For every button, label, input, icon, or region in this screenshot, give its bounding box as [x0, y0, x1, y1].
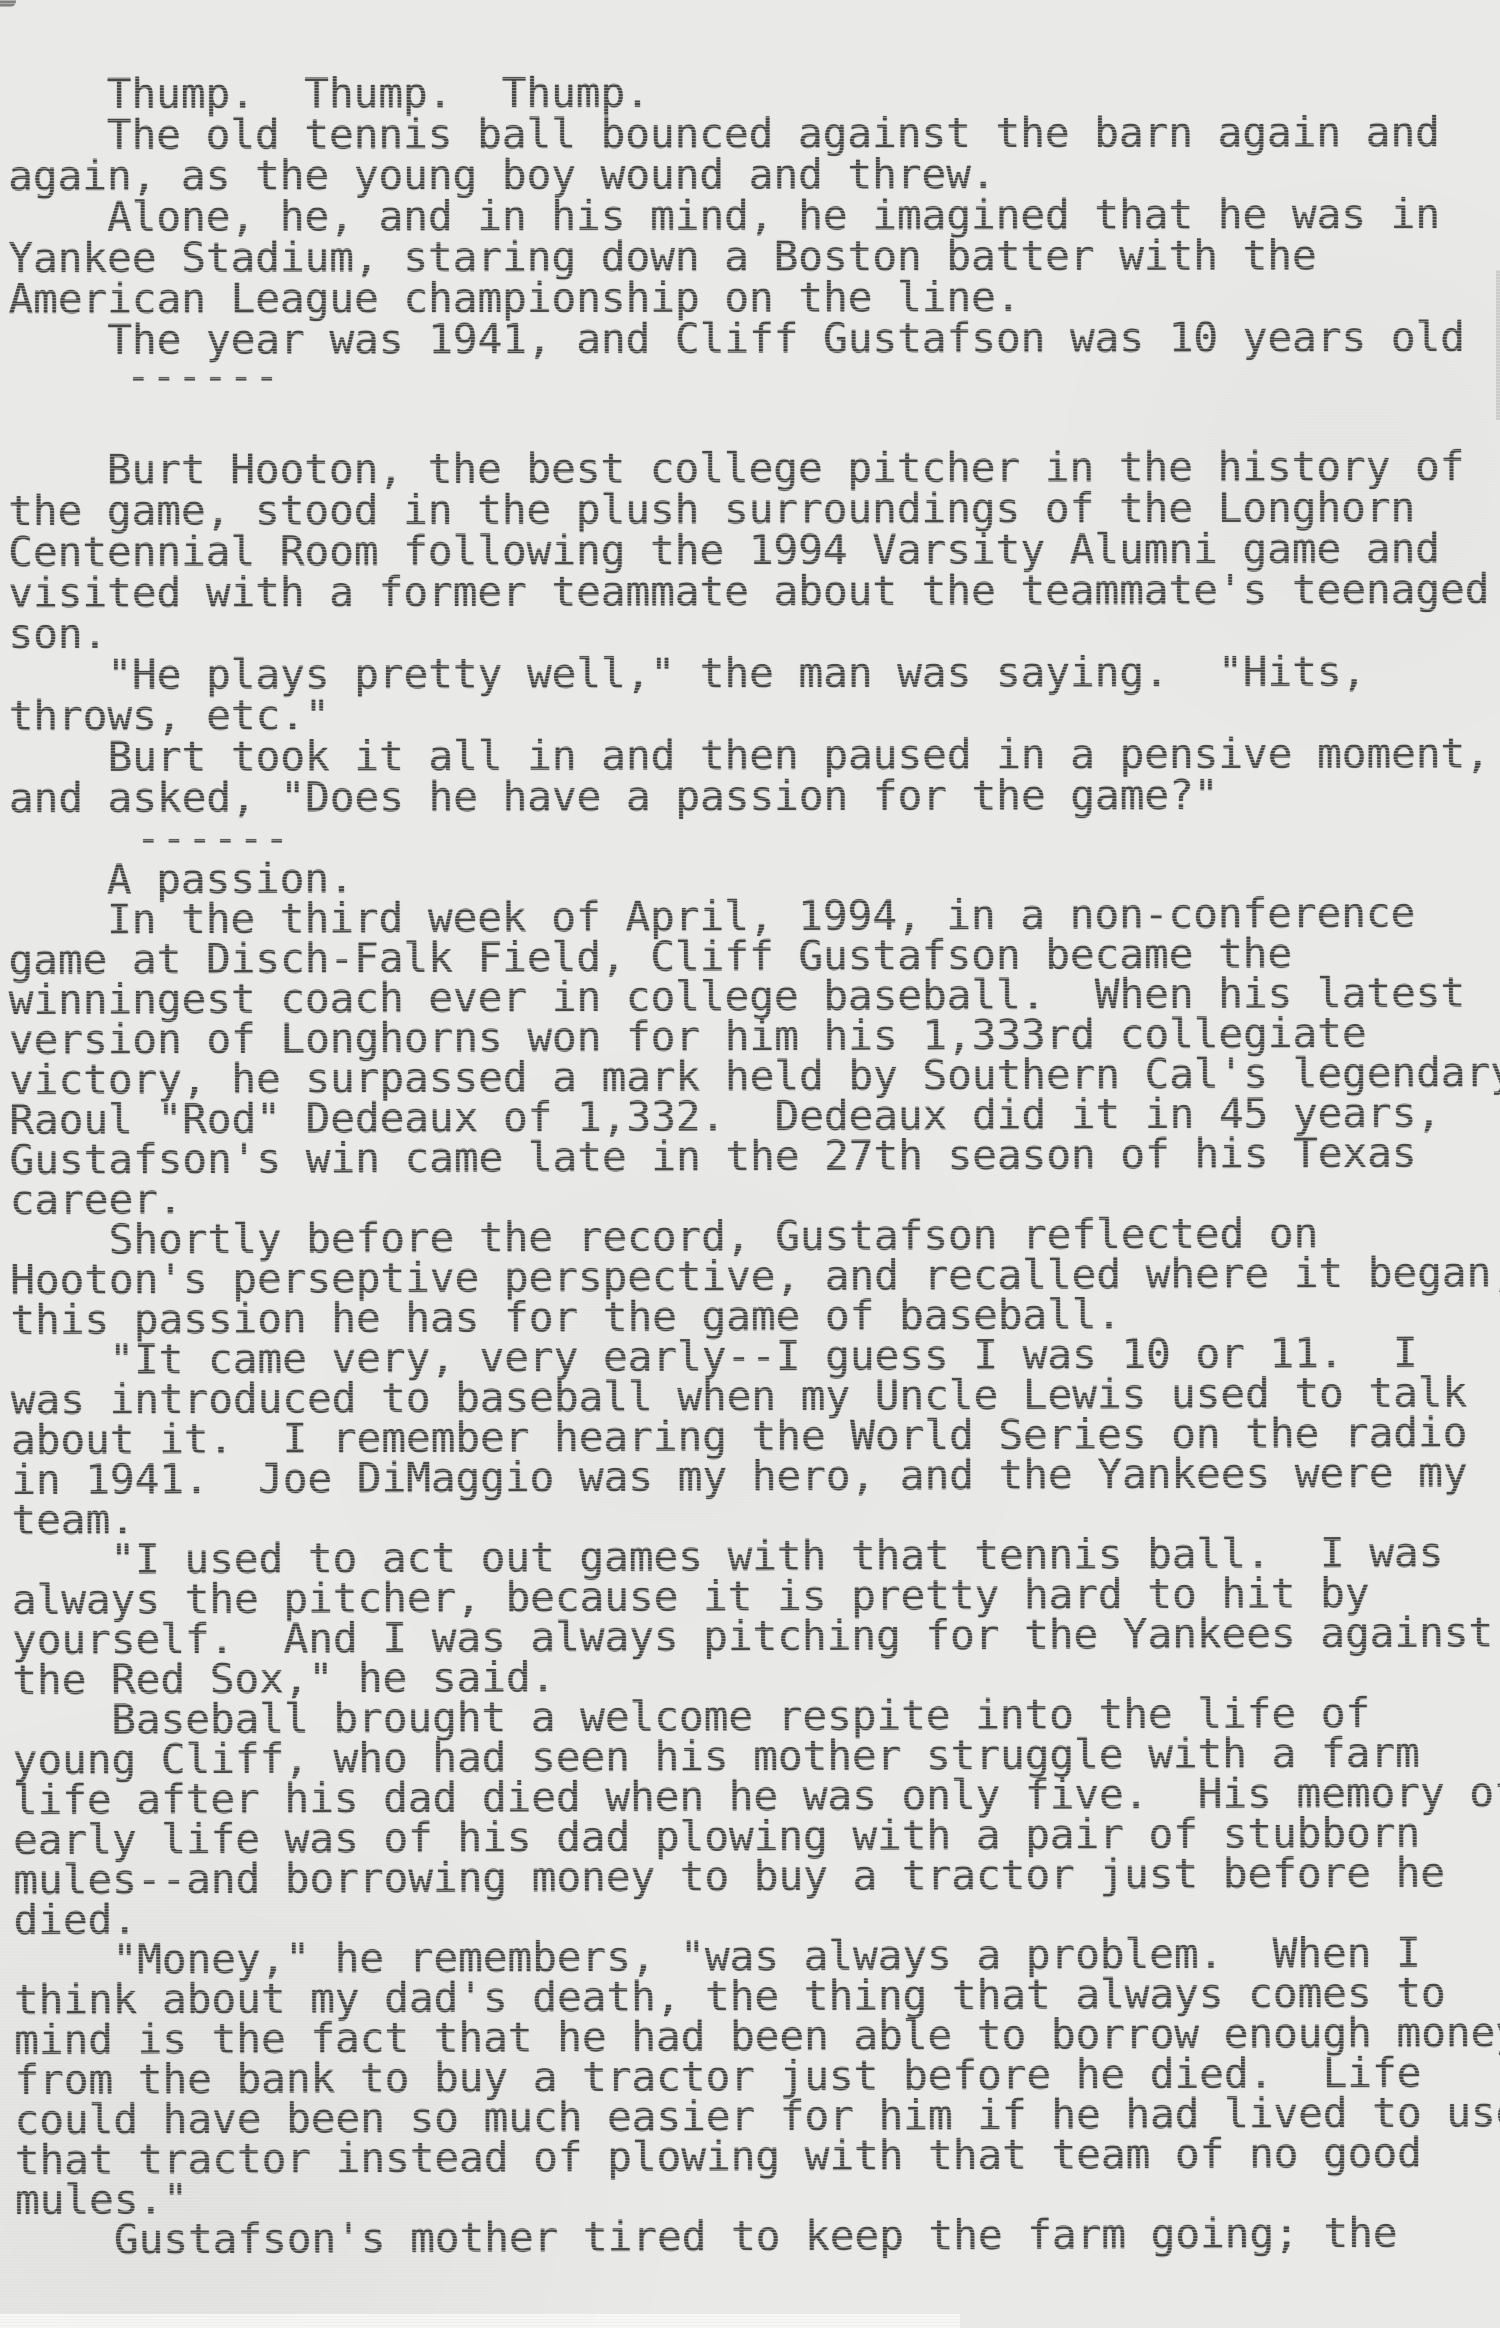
scan-artifact-corner — [0, 0, 16, 7]
paragraph-block-hooton: Burt Hooton, the best college pitcher in… — [8, 446, 1500, 819]
text-line: visited with a former teammate about the… — [8, 569, 1500, 614]
text-line: Yankee Stadium, staring down a Boston ba… — [8, 235, 1500, 279]
text-line: mules--and borrowing money to buy a trac… — [13, 1852, 1500, 1900]
text-line: yourself. And I was always pitching for … — [12, 1612, 1500, 1660]
paragraph-block-opening: Thump. Thump. Thump. The old tennis ball… — [8, 71, 1500, 361]
text-line: that tractor instead of plowing with tha… — [15, 2132, 1500, 2180]
scanned-typewritten-page: Thump. Thump. Thump. The old tennis ball… — [0, 0, 1500, 2328]
text-line: and asked, "Does he have a passion for t… — [9, 774, 1500, 819]
section-separator-dashes-2: ------ — [136, 818, 290, 859]
text-line: Gustafson's win came late in the 27th se… — [9, 1132, 1500, 1180]
text-line: in 1941. Joe DiMaggio was my hero, and t… — [11, 1452, 1500, 1500]
text-line: "He plays pretty well," the man was sayi… — [9, 651, 1500, 696]
scan-artifact-edge-streak — [1496, 270, 1500, 420]
text-line: The old tennis ball bounced against the … — [8, 112, 1500, 156]
scan-artifact-bottom-strip — [0, 2314, 960, 2328]
paragraph-block-record-and-childhood: A passion. In the third week of April, 1… — [8, 852, 1500, 2260]
text-line: Gustafson's mother tired to keep the far… — [15, 2212, 1500, 2260]
section-separator-dashes-1: ------ — [126, 356, 280, 397]
